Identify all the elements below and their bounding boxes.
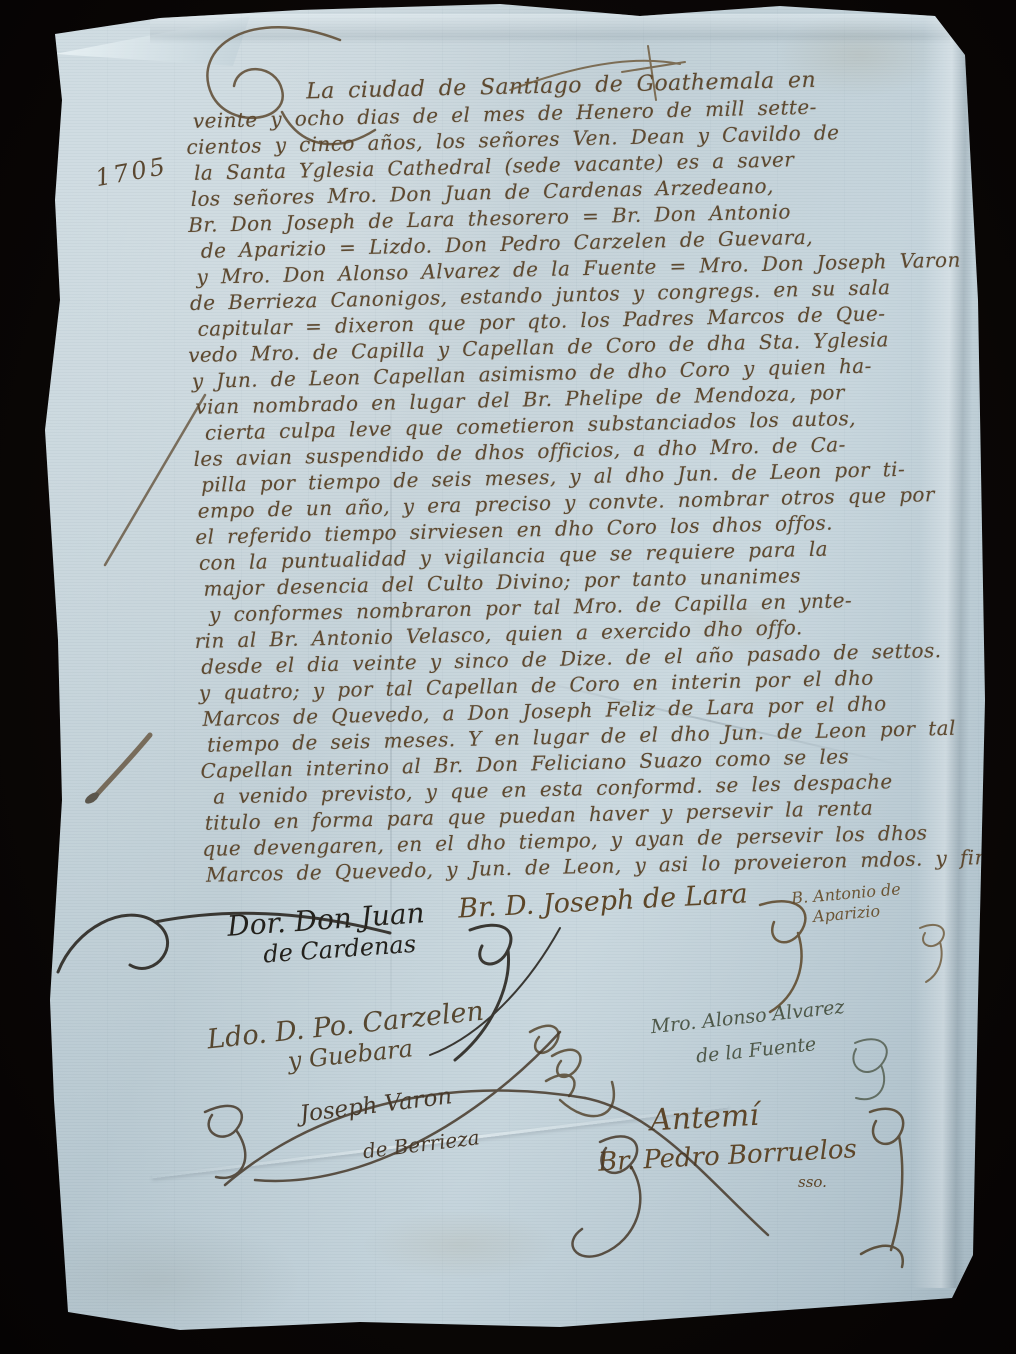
ante-mi-label: Antemí [649,1093,858,1139]
signature-juan-de-cardenas: Dor. Don Juan de Cardenas [226,896,427,971]
alvarez-rubric-flourish [853,1039,886,1099]
signature-antonio-de-aparicio: B. Antonio de Aparizio [790,879,903,928]
margin-stroke [83,395,205,806]
top-crease [150,14,950,44]
notary-abbreviation: sso. [798,1173,857,1191]
signature-alonso-alvarez: Mro. Alonso Alvarez de la Fuente [649,990,850,1078]
photo-background: 1705 La ciudad de Santiago de Goathemala… [0,0,1016,1354]
signature-name: Br. Pedro Borruelos [597,1134,857,1178]
signature-joseph-varon: Joseph Varon de Berrieza [297,1072,482,1181]
margin-year-note: 1705 [93,152,170,192]
signature-pedro-carzelen: Ldo. D. Po. Carzelen y Guebara [206,996,489,1084]
notary-rubric-flourish [861,1109,903,1267]
signature-joseph-de-lara: Br. D. Joseph de Lara [457,878,748,924]
manuscript-page: 1705 La ciudad de Santiago de Goathemala… [40,0,990,1345]
signature-pedro-borruelos-notary: Antemí Br. Pedro Borruelos sso. [598,1098,857,1191]
signature-name: Br. D. Joseph de Lara [457,878,748,924]
manuscript-body-text: La ciudad de Santiago de Goathemala enve… [188,64,1006,888]
